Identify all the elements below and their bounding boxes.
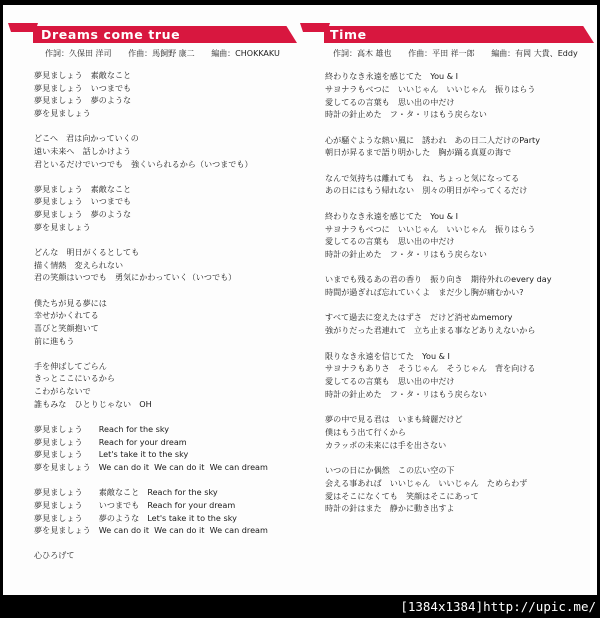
lyric-line: 時計の針はまた 静かに動き出すよ [325, 502, 593, 515]
lyric-line: 終わりなき永遠を感じてた You & I [325, 70, 593, 83]
lyric-line: 僕はもう出て行くから [325, 426, 593, 439]
lyric-stanza: 夢見ましょう Reach for the sky夢見ましょう Reach for… [34, 423, 296, 474]
lyric-line: 君の笑顔はいつでも 勇気にかわっていく（いつでも） [34, 271, 296, 284]
lyric-stanza: 終わりなき永遠を感じてた You & Iサヨナラもべつに いいじゃん いいじゃん… [325, 210, 593, 261]
lyric-line: 時計の針止めた フ・タ・リはもう戻らない [325, 388, 593, 401]
lyric-line: 愛してるの言葉も 思い出の中だけ [325, 96, 593, 109]
lyric-line: 愛してるの言葉も 思い出の中だけ [325, 235, 593, 248]
lyric-line: 前に進もう [34, 335, 296, 348]
lyric-line: 時計の針止めた フ・タ・リはもう戻らない [325, 248, 593, 261]
song-lyrics: 夢見ましょう 素敵なこと夢見ましょう いつまでも夢見ましょう 夢のような夢を見ま… [34, 69, 296, 575]
lyric-line: 僕たちが見る夢には [34, 297, 296, 310]
lyric-line: 夢見ましょう 素敵なこと [34, 69, 296, 82]
lyric-line: 夢の中で見る君は いまも綺麗だけど [325, 413, 593, 426]
lyric-line: 誰もみな ひとりじゃない OH [34, 398, 296, 411]
lyric-line: 愛してるの言葉も 思い出の中だけ [325, 375, 593, 388]
lyric-line: いまでも残るあの君の香り 振り向き 期待外れのevery day [325, 273, 593, 286]
song-title-banner: Time [300, 21, 590, 45]
image-watermark: [1384x1384]http://upic.me/ [400, 597, 596, 617]
lyric-line: 終わりなき永遠を感じてた You & I [325, 210, 593, 223]
lyricist-credit: 作詞：高木 雄也 [333, 49, 392, 58]
lyric-stanza: いつの日にか偶然 この広い空の下会える事あれば いいじゃん いいじゃん ためらわ… [325, 464, 593, 515]
lyric-line: 夢見ましょう Reach for the sky [34, 423, 296, 436]
lyric-stanza: 夢見ましょう 素敵なこと Reach for the sky夢見ましょう いつま… [34, 486, 296, 537]
lyric-line: サヨナラもべつに いいじゃん いいじゃん 振りはらう [325, 223, 593, 236]
lyric-line: 夢見ましょう Reach for your dream [34, 436, 296, 449]
lyric-line: 夢見ましょう 夢のような [34, 94, 296, 107]
song-credits: 作詞：高木 雄也 作曲：平田 祥一郎 編曲：有岡 大貴、Eddy [333, 48, 592, 59]
lyric-line: 朝日が昇るまで語り明かした 胸が踊る真夏の海で [325, 146, 593, 159]
lyric-line: 夢見ましょう 素敵なこと Reach for the sky [34, 486, 296, 499]
song-column-dreams-come-true: Dreams come true 作詞：久保田 洋司 作曲：馬飼野 康二 編曲：… [3, 5, 300, 595]
lyric-stanza: 夢見ましょう 素敵なこと夢見ましょう いつまでも夢見ましょう 夢のような夢を見ま… [34, 183, 296, 234]
lyric-line: 心が騒ぐような熱い風に 誘われ あの日二人だけのParty [325, 134, 593, 147]
lyric-stanza: 僕たちが見る夢には幸せがかくれてる喜びと笑顔抱いて前に進もう [34, 297, 296, 348]
arranger-credit: 編曲：CHOKKAKU [211, 49, 280, 58]
lyricist-credit: 作詞：久保田 洋司 [45, 49, 112, 58]
lyric-stanza: いまでも残るあの君の香り 振り向き 期待外れのevery day時間が過ぎれば忘… [325, 273, 593, 299]
song-credits: 作詞：久保田 洋司 作曲：馬飼野 康二 編曲：CHOKKAKU [45, 48, 294, 59]
lyric-line: いつの日にか偶然 この広い空の下 [325, 464, 593, 477]
lyric-stanza: 手を伸ばしてごらんきっとここにいるからこわがらないで誰もみな ひとりじゃない O… [34, 360, 296, 411]
lyric-stanza: 心が騒ぐような熱い風に 誘われ あの日二人だけのParty朝日が昇るまで語り明か… [325, 134, 593, 160]
lyric-line: きっとここにいるから [34, 372, 296, 385]
lyric-line: どこへ 君は向かっていくの [34, 132, 296, 145]
lyric-line: 時間が過ぎれば忘れていくよ まだ少し胸が痛むかい? [325, 286, 593, 299]
lyric-stanza: 心ひろげて [34, 549, 296, 562]
composer-credit: 作曲：平田 祥一郎 [408, 49, 475, 58]
lyric-line: 夢を見ましょう We can do it We can do it We can… [34, 524, 296, 537]
lyric-stanza: 終わりなき永遠を感じてた You & Iサヨナラもべつに いいじゃん いいじゃん… [325, 70, 593, 121]
lyric-line: 手を伸ばしてごらん [34, 360, 296, 373]
lyric-stanza: どんな 明日がくるとしても描く情熱 変えられない君の笑顔はいつでも 勇気にかわっ… [34, 246, 296, 284]
lyric-line: 夢見ましょう 夢のような [34, 208, 296, 221]
song-title: Dreams come true [41, 26, 180, 43]
lyric-line: 夢見ましょう いつまでも Reach for your dream [34, 499, 296, 512]
lyric-line: 喜びと笑顔抱いて [34, 322, 296, 335]
lyric-line: 夢見ましょう Let's take it to the sky [34, 448, 296, 461]
lyric-line: 幸せがかくれてる [34, 309, 296, 322]
lyric-line: どんな 明日がくるとしても [34, 246, 296, 259]
lyric-line: サヨナラもべつに いいじゃん いいじゃん 振りはらう [325, 83, 593, 96]
lyric-stanza: すべて過去に変えたはずさ だけど消せぬmemory強がりだった君連れて 立ち止ま… [325, 311, 593, 337]
lyric-line: 夢を見ましょう We can do it We can do it We can… [34, 461, 296, 474]
lyric-line: 夢を見ましょう [34, 107, 296, 120]
lyric-line: なんで気持ちは離れても ね、ちょっと気になってる [325, 172, 593, 185]
lyric-line: 夢見ましょう 夢のような Let's take it to the sky [34, 512, 296, 525]
lyric-stanza: 限りなき永遠を信じてた You & Iサヨナラもありさ そうじゃん そうじゃん … [325, 350, 593, 401]
song-title-banner: Dreams come true [3, 21, 293, 45]
lyric-stanza: 夢見ましょう 素敵なこと夢見ましょう いつまでも夢見ましょう 夢のような夢を見ま… [34, 69, 296, 120]
lyric-line: 会える事あれば いいじゃん いいじゃん ためらわず [325, 477, 593, 490]
composer-credit: 作曲：馬飼野 康二 [128, 49, 195, 58]
lyric-line: カラッポの未来には手を出さない [325, 439, 593, 452]
song-lyrics: 終わりなき永遠を感じてた You & Iサヨナラもべつに いいじゃん いいじゃん… [325, 70, 593, 528]
lyric-line: 夢見ましょう いつまでも [34, 195, 296, 208]
lyric-line: こわがらないで [34, 385, 296, 398]
song-title: Time [330, 26, 367, 43]
song-column-time: Time 作詞：高木 雄也 作曲：平田 祥一郎 編曲：有岡 大貴、Eddy 終わ… [300, 5, 597, 595]
lyric-line: 夢見ましょう いつまでも [34, 82, 296, 95]
lyric-line: 心ひろげて [34, 549, 296, 562]
lyrics-page: Dreams come true 作詞：久保田 洋司 作曲：馬飼野 康二 編曲：… [3, 5, 597, 595]
lyric-line: 強がりだった君連れて 立ち止まる事などありえないから [325, 324, 593, 337]
lyric-line: サヨナラもありさ そうじゃん そうじゃん 背を向ける [325, 362, 593, 375]
lyric-line: 夢見ましょう 素敵なこと [34, 183, 296, 196]
lyric-line: あの日にはもう帰れない 別々の明日がやってくるだけ [325, 184, 593, 197]
lyric-line: 限りなき永遠を信じてた You & I [325, 350, 593, 363]
lyric-line: 君といるだけでいつでも 強くいられるから（いつまでも） [34, 158, 296, 171]
lyric-line: 遠い未来へ 話しかけよう [34, 145, 296, 158]
lyric-line: 夢を見ましょう [34, 221, 296, 234]
lyric-line: 時計の針止めた フ・タ・リはもう戻らない [325, 108, 593, 121]
lyric-stanza: 夢の中で見る君は いまも綺麗だけど僕はもう出て行くからカラッポの未来には手を出さ… [325, 413, 593, 451]
lyric-line: すべて過去に変えたはずさ だけど消せぬmemory [325, 311, 593, 324]
lyric-line: 愛はそこになくても 笑顔はそこにあって [325, 490, 593, 503]
lyric-stanza: なんで気持ちは離れても ね、ちょっと気になってるあの日にはもう帰れない 別々の明… [325, 172, 593, 198]
arranger-credit: 編曲：有岡 大貴、Eddy [491, 49, 578, 58]
lyric-stanza: どこへ 君は向かっていくの遠い未来へ 話しかけよう君といるだけでいつでも 強くい… [34, 132, 296, 170]
lyric-line: 描く情熱 変えられない [34, 259, 296, 272]
